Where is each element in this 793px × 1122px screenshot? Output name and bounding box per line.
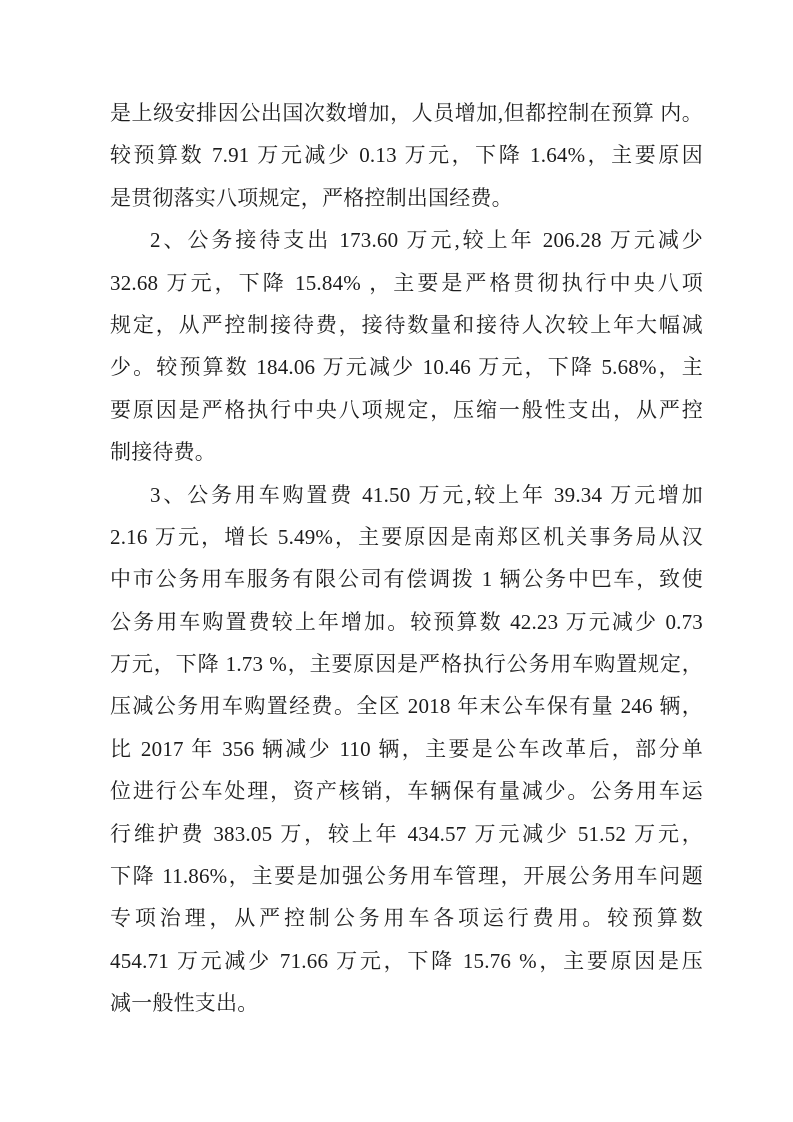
text-line: 专项治理，从严控制公务用车各项运行费用。较预算数	[110, 897, 703, 939]
para-official-reception-expense: 2、公务接待支出 173.60 万元,较上年 206.28 万元减少32.68 …	[110, 219, 703, 473]
text-line: 32.68 万元，下降 15.84% ，主要是严格贯彻执行中央八项	[110, 262, 703, 304]
text-line: 454.71 万元减少 71.66 万元，下降 15.76 %，主要原因是压	[110, 940, 703, 982]
text-line: 要原因是严格执行中央八项规定，压缩一般性支出，从严控	[110, 389, 703, 431]
text-line: 规定，从严控制接待费，接待数量和接待人次较上年大幅减	[110, 304, 703, 346]
text-line: 减一般性支出。	[110, 982, 703, 1024]
text-line: 制接待费。	[110, 431, 703, 473]
text-line: 较预算数 7.91 万元减少 0.13 万元，下降 1.64%，主要原因	[110, 134, 703, 176]
text-line: 万元，下降 1.73 %，主要原因是严格执行公务用车购置规定，	[110, 643, 703, 685]
para-official-vehicle-expense: 3、公务用车购置费 41.50 万元,较上年 39.34 万元增加2.16 万元…	[110, 474, 703, 1025]
text-line: 下降 11.86%，主要是加强公务用车管理，开展公务用车问题	[110, 855, 703, 897]
text-line: 是上级安排因公出国次数增加，人员增加,但都控制在预算 内。	[110, 92, 703, 134]
text-line: 公务用车购置费较上年增加。较预算数 42.23 万元减少 0.73	[110, 601, 703, 643]
text-line: 少。较预算数 184.06 万元减少 10.46 万元，下降 5.68%，主	[110, 346, 703, 388]
text-line: 压减公务用车购置经费。全区 2018 年末公车保有量 246 辆，	[110, 685, 703, 727]
text-line: 位进行公车处理，资产核销，车辆保有量减少。公务用车运	[110, 770, 703, 812]
text-line: 比 2017 年 356 辆减少 110 辆，主要是公车改革后，部分单	[110, 728, 703, 770]
document-page: 是上级安排因公出国次数增加，人员增加,但都控制在预算 内。较预算数 7.91 万…	[0, 0, 793, 1122]
text-line: 2、公务接待支出 173.60 万元,较上年 206.28 万元减少	[110, 219, 703, 261]
text-line: 是贯彻落实八项规定，严格控制出国经费。	[110, 177, 703, 219]
document-body: 是上级安排因公出国次数增加，人员增加,但都控制在预算 内。较预算数 7.91 万…	[110, 92, 703, 1025]
text-line: 行维护费 383.05 万，较上年 434.57 万元减少 51.52 万元，	[110, 813, 703, 855]
text-line: 2.16 万元，增长 5.49%，主要原因是南郑区机关事务局从汉	[110, 516, 703, 558]
text-line: 3、公务用车购置费 41.50 万元,较上年 39.34 万元增加	[110, 474, 703, 516]
para-overseas-travel-expense: 是上级安排因公出国次数增加，人员增加,但都控制在预算 内。较预算数 7.91 万…	[110, 92, 703, 219]
text-line: 中市公务用车服务有限公司有偿调拨 1 辆公务中巴车，致使	[110, 558, 703, 600]
